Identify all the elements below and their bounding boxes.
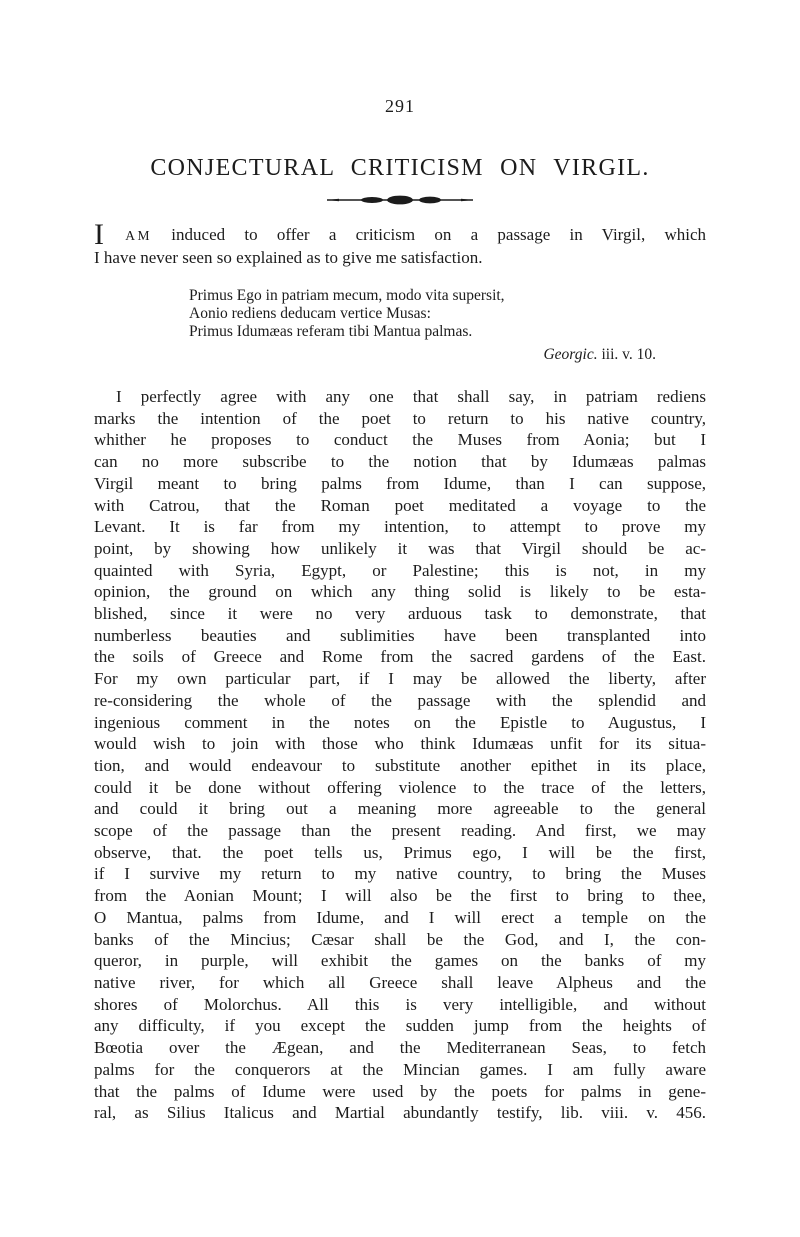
body-text-line: opinion, the ground on which any thing s… — [94, 581, 706, 603]
body-text-line: quainted with Syria, Egypt, or Palestine… — [94, 560, 706, 582]
body-text-line: scope of the passage than the present re… — [94, 820, 706, 842]
intro-smallcaps: AM — [125, 228, 152, 243]
attribution-reference: iii. v. 10. — [601, 346, 656, 363]
body-text-line: marks the intention of the poet to retur… — [94, 408, 706, 430]
body-text-line: blished, since it were no very arduous t… — [94, 603, 706, 625]
body-text-line: Bœotia over the Ægean, and the Mediterra… — [94, 1037, 706, 1059]
latin-verse-quote: Primus Ego in patriam mecum, modo vita s… — [189, 287, 706, 341]
opening-paragraph-line1: I AM induced to offer a criticism on a p… — [94, 224, 706, 247]
body-text-line: Virgil meant to bring palms from Idume, … — [94, 473, 706, 495]
quote-attribution: Georgic. iii. v. 10. — [94, 346, 706, 364]
body-text-line: shores of Molorchus. All this is very in… — [94, 994, 706, 1016]
quote-line: Primus Idumæas referam tibi Mantua palma… — [189, 323, 706, 341]
attribution-work-title: Georgic. — [543, 346, 597, 363]
main-body-paragraph: I perfectly agree with any one that shal… — [94, 386, 706, 1124]
body-text-line: if I survive my return to my native coun… — [94, 863, 706, 885]
body-text-line: that the palms of Idume were used by the… — [94, 1081, 706, 1103]
body-text-line: I perfectly agree with any one that shal… — [94, 386, 706, 408]
body-text-line: ingenious comment in the notes on the Ep… — [94, 712, 706, 734]
section-divider — [94, 193, 706, 211]
opening-paragraph: I AM induced to offer a criticism on a p… — [94, 224, 706, 268]
body-text-line: Levant. It is far from my intention, to … — [94, 516, 706, 538]
intro-line2-text: I have never seen so explained as to giv… — [94, 247, 706, 269]
page-number: 291 — [94, 96, 706, 116]
body-text-line: O Mantua, palms from Idume, and I will e… — [94, 907, 706, 929]
body-text-line: from the Aonian Mount; I will also be th… — [94, 885, 706, 907]
body-text-line: numberless beauties and sublimities have… — [94, 625, 706, 647]
body-text-line: native river, for which all Greece shall… — [94, 972, 706, 994]
body-text-line: whither he proposes to conduct the Muses… — [94, 429, 706, 451]
page-content: 291 CONJECTURAL CRITICISM ON VIRGIL. I A… — [94, 0, 706, 1124]
body-text-line: any difficulty, if you except the sudden… — [94, 1015, 706, 1037]
body-text-line: would wish to join with those who think … — [94, 733, 706, 755]
body-text-line: For my own particular part, if I may be … — [94, 668, 706, 690]
body-text-line: can no more subscribe to the notion that… — [94, 451, 706, 473]
intro-line1-text: induced to offer a criticism on a passag… — [171, 225, 706, 244]
quote-line: Primus Ego in patriam mecum, modo vita s… — [189, 287, 706, 305]
body-text-line: and could it bring out a meaning more ag… — [94, 798, 706, 820]
body-text-line: queror, in purple, will exhibit the game… — [94, 950, 706, 972]
body-text-line: could it be done without offering violen… — [94, 777, 706, 799]
body-text-line: observe, that. the poet tells us, Primus… — [94, 842, 706, 864]
scanned-document-page: 291 CONJECTURAL CRITICISM ON VIRGIL. I A… — [0, 0, 800, 1237]
body-text-line: tion, and would endeavour to substitute … — [94, 755, 706, 777]
body-text-line: the soils of Greece and Rome from the sa… — [94, 646, 706, 668]
article-title: CONJECTURAL CRITICISM ON VIRGIL. — [94, 154, 706, 182]
body-text-line: palms for the conquerors at the Mincian … — [94, 1059, 706, 1081]
body-text-line: point, by showing how unlikely it was th… — [94, 538, 706, 560]
body-text-line: re-considering the whole of the passage … — [94, 690, 706, 712]
body-text-line: ral, as Silius Italicus and Martial abun… — [94, 1102, 706, 1124]
swelled-rule-ornament-icon — [325, 193, 475, 207]
quote-line: Aonio rediens deducam vertice Musas: — [189, 305, 706, 323]
body-text-line: banks of the Mincius; Cæsar shall be the… — [94, 929, 706, 951]
body-text-line: with Catrou, that the Roman poet meditat… — [94, 495, 706, 517]
